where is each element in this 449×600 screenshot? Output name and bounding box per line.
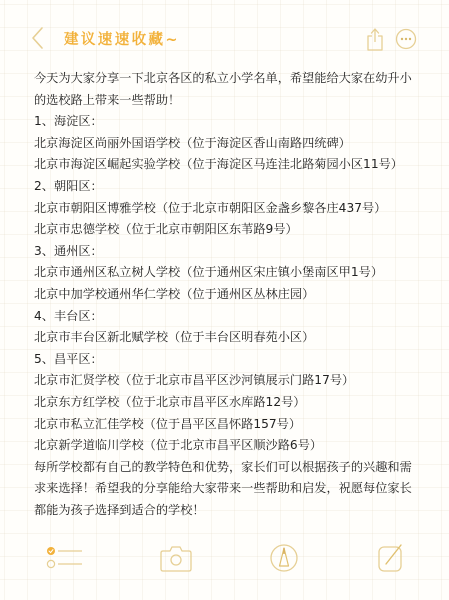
checklist-icon — [46, 543, 84, 573]
school-item: 北京市通州区私立树人学校（位于通州区宋庄镇小堡南区甲1号） — [34, 262, 419, 284]
markup-button[interactable] — [269, 543, 299, 573]
school-item: 北京东方红学校（位于北京市昌平区水库路12号） — [34, 392, 419, 414]
section-heading: 3、通州区： — [34, 241, 419, 263]
header: 建议速速收藏~ — [0, 0, 449, 64]
more-icon — [395, 28, 417, 50]
checklist-button[interactable] — [46, 543, 84, 573]
pen-tip-icon — [269, 543, 299, 573]
intro-paragraph: 今天为大家分享一下北京各区的私立小学名单，希望能给大家在幼升小的选校路上带来一些… — [34, 68, 419, 111]
school-item: 北京新学道临川学校（位于北京市昌平区顺沙路6号） — [34, 435, 419, 457]
chevron-left-icon — [30, 26, 46, 50]
section-heading: 4、丰台区： — [34, 306, 419, 328]
school-item: 北京市丰台区新北赋学校（位于丰台区明春苑小区） — [34, 327, 419, 349]
camera-icon — [160, 543, 192, 573]
section-heading: 5、昌平区： — [34, 349, 419, 371]
school-item: 北京市忠德学校（位于北京市朝阳区东苇路9号） — [34, 219, 419, 241]
more-button[interactable] — [395, 28, 417, 50]
school-item: 北京市汇贤学校（位于北京市昌平区沙河镇展示门路17号） — [34, 370, 419, 392]
school-item: 北京市朝阳区博雅学校（位于北京市朝阳区金盏乡黎各庄437号） — [34, 198, 419, 220]
compose-icon — [377, 543, 407, 573]
section-heading: 1、海淀区： — [34, 111, 419, 133]
school-item: 北京中加学校通州华仁学校（位于通州区丛林庄园） — [34, 284, 419, 306]
note-title: 建议速速收藏~ — [64, 28, 180, 49]
section-heading: 2、朝阳区： — [34, 176, 419, 198]
school-item: 北京市海淀区崛起实验学校（位于海淀区马连洼北路菊园小区11号） — [34, 154, 419, 176]
school-item: 北京市私立汇佳学校（位于昌平区昌怀路157号） — [34, 414, 419, 436]
closing-paragraph: 每所学校都有自己的教学特色和优势，家长们可以根据孩子的兴趣和需求来选择！希望我的… — [34, 457, 419, 522]
bottom-toolbar — [0, 535, 449, 585]
share-icon — [366, 26, 384, 52]
school-item: 北京海淀区尚丽外国语学校（位于海淀区香山南路四统碑） — [34, 133, 419, 155]
back-button[interactable] — [30, 26, 46, 50]
note-body[interactable]: 今天为大家分享一下北京各区的私立小学名单，希望能给大家在幼升小的选校路上带来一些… — [34, 68, 419, 521]
share-button[interactable] — [366, 26, 384, 52]
compose-button[interactable] — [377, 543, 407, 573]
camera-button[interactable] — [160, 543, 192, 573]
